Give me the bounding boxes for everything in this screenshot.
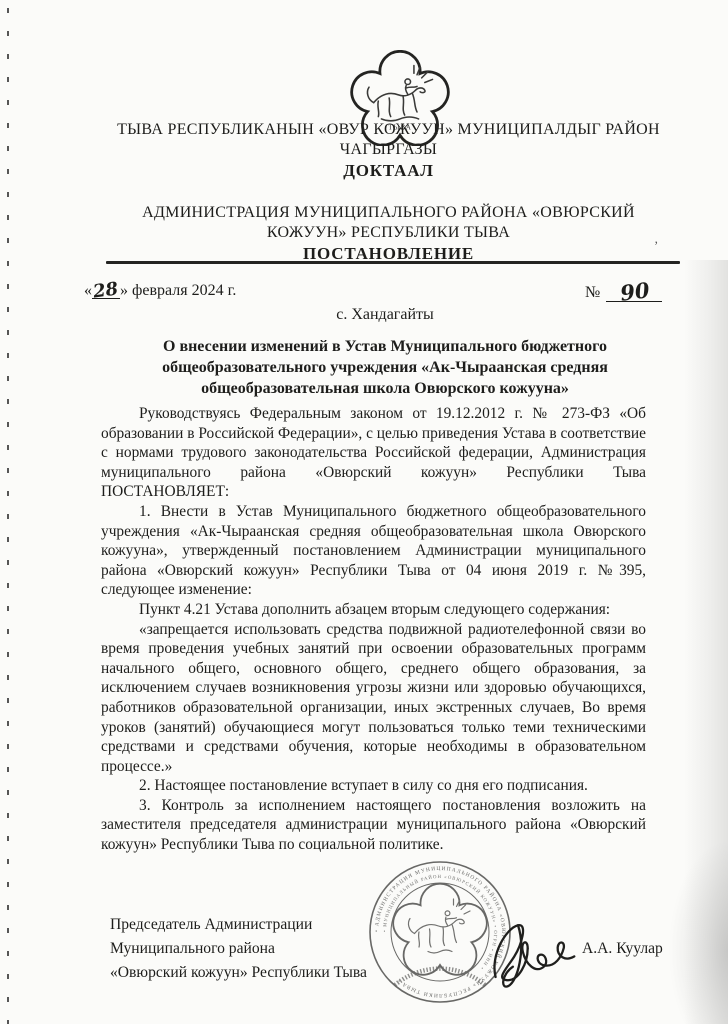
signature-block: Председатель Администрации Муниципальног… (110, 913, 367, 986)
signer-title-line3: «Овюрский кожуун» Республики Тыва (110, 961, 367, 985)
paragraph-item3: 3. Контроль за исполнением настоящего по… (101, 796, 646, 855)
svg-text:• МУНИЦИПАЛЬНЫЙ РАЙОН «ОВЮРСКИ: • МУНИЦИПАЛЬНЫЙ РАЙОН «ОВЮРСКИЙ КОЖУУН» … (383, 874, 497, 970)
doc-number-handwritten: 90 (619, 282, 650, 301)
date-day-handwritten: 28 (93, 282, 120, 299)
header-tyvan-doctype: ДОКТААЛ (105, 161, 672, 181)
doc-title-line3: общеобразовательная школа Овюрского кожу… (105, 378, 665, 399)
paragraph-item1-clause: Пункт 4.21 Устава дополнить абзацем втор… (101, 600, 646, 620)
seal-ring-text-inner: • МУНИЦИПАЛЬНЫЙ РАЙОН «ОВЮРСКИЙ КОЖУУН» … (383, 874, 497, 970)
date-open-quote: « (84, 282, 92, 299)
paragraph-preamble: Руководствуясь Федеральным законом от 19… (101, 404, 646, 502)
doc-title: О внесении изменений в Устав Муниципальн… (105, 336, 665, 399)
header-tyvan-line2: ЧАГЫРГАЗЫ (105, 140, 672, 160)
date-line: «28» февраля 2024 г. (84, 282, 236, 300)
doc-number-slot: 90 (606, 282, 662, 302)
header-tyvan-line1: ТЫВА РЕСПУБЛИКАНЫН «ОВУР КОЖУУН» МУНИЦИП… (105, 120, 672, 140)
date-rest: » февраля 2024 г. (120, 282, 236, 299)
signer-name: А.А. Куулар (582, 940, 663, 958)
document-header: ТЫВА РЕСПУБЛИКАНЫН «ОВУР КОЖУУН» МУНИЦИП… (105, 120, 672, 264)
signer-title-line2: Муниципального района (110, 937, 367, 961)
doc-body: Руководствуясь Федеральным законом от 19… (101, 404, 646, 855)
doc-title-line2: общеобразовательного учреждения «Ак-Чыра… (105, 357, 665, 378)
paragraph-quoted-amendment: «запрещается использовать средства подви… (101, 620, 646, 777)
doc-number-label: № (585, 284, 600, 301)
header-gap (105, 181, 672, 203)
date-day-slot: 28 (92, 283, 120, 299)
signer-title-line1: Председатель Администрации (110, 913, 367, 937)
left-perforation-marks (7, 8, 9, 1024)
doc-number: №90 (585, 282, 662, 302)
place-line: с. Хандагайты (105, 306, 665, 324)
handwritten-signature-icon (482, 910, 592, 996)
doc-title-line1: О внесении изменений в Устав Муниципальн… (105, 336, 665, 357)
header-rus-line2: КОЖУУН» РЕСПУБЛИКИ ТЫВА (105, 223, 672, 243)
header-divider-rule (106, 261, 680, 264)
bottom-right-scan-shadow (668, 840, 728, 1024)
paragraph-item2: 2. Настоящее постановление вступает в си… (101, 776, 646, 796)
paragraph-item1: 1. Внести в Устав Муниципального бюджетн… (101, 502, 646, 600)
scanned-document-page: ’ ТЫВА ТЫВА РЕСПУБЛИКАНЫН «ОВУР КОЖУУН» … (0, 0, 728, 1024)
header-rus-line1: АДМИНИСТРАЦИЯ МУНИЦИПАЛЬНОГО РАЙОНА «ОВЮ… (105, 203, 672, 223)
